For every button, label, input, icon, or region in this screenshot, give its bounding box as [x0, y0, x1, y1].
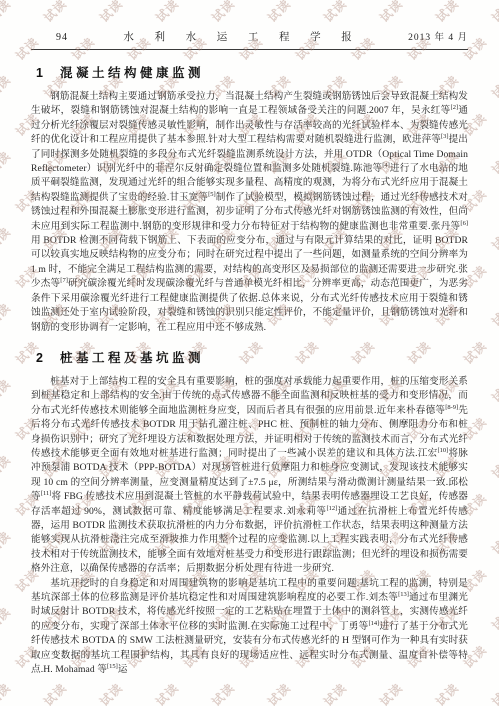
watermark-stamp: 试读: [264, 679, 294, 706]
journal-page: 试读试读试读试读试读试读试读试读试读试读试读试读试读试读试读试读试读试读试读试读…: [0, 0, 499, 706]
watermark-stamp: 试读: [0, 679, 14, 706]
section-2-number: 2: [36, 351, 43, 365]
page-number: 94: [31, 32, 68, 43]
watermark-stamp: 试读: [488, 679, 499, 706]
section-concrete-monitoring: 1 混凝土结构健康监测 钢筋混凝土结构主要通过钢筋承受拉力，当混凝土结构产生裂缝…: [31, 63, 468, 335]
section-2-title: 桩基工程及基坑监测: [60, 348, 204, 366]
watermark-stamp: 试读: [320, 679, 350, 706]
section-1-number: 1: [36, 66, 43, 80]
section-1-title: 混凝土结构健康监测: [60, 63, 204, 81]
watermark-stamp: 试读: [432, 679, 462, 706]
issue-date: 2013 年 4 月: [408, 29, 468, 43]
page-content: 94 水 利 水 运 工 程 学 报 2013 年 4 月 1 混凝土结构健康监…: [0, 0, 499, 677]
section-1-heading: 1 混凝土结构健康监测: [36, 63, 468, 81]
header-rule: [31, 49, 468, 50]
journal-title: 水 利 水 运 工 程 学 报: [123, 29, 360, 44]
section-2-paragraph-2: 基坑开挖时的自身稳定和对周围建筑物的影响是基坑工程中的重要问题.基坑工程的监测，…: [31, 577, 468, 678]
watermark-stamp: 试读: [376, 679, 406, 706]
section-2-paragraph-1: 桩基对于上部结构工程的安全具有重要影响，桩的强度对承载能力起重要作用，桩的压缩变…: [31, 375, 468, 577]
section-2-heading: 2 桩基工程及基坑监测: [36, 348, 468, 366]
watermark-stamp: 试读: [96, 679, 126, 706]
section-1-paragraph: 钢筋混凝土结构主要通过钢筋承受拉力，当混凝土结构产生裂缝或钢筋锈蚀后会导致混凝土…: [31, 90, 468, 335]
section-pile-foundation-monitoring: 2 桩基工程及基坑监测 桩基对于上部结构工程的安全具有重要影响，桩的强度对承载能…: [31, 348, 468, 678]
watermark-stamp: 试读: [40, 679, 70, 706]
watermark-stamp: 试读: [208, 679, 238, 706]
watermark-stamp: 试读: [152, 679, 182, 706]
page-header: 94 水 利 水 运 工 程 学 报 2013 年 4 月: [31, 0, 468, 44]
